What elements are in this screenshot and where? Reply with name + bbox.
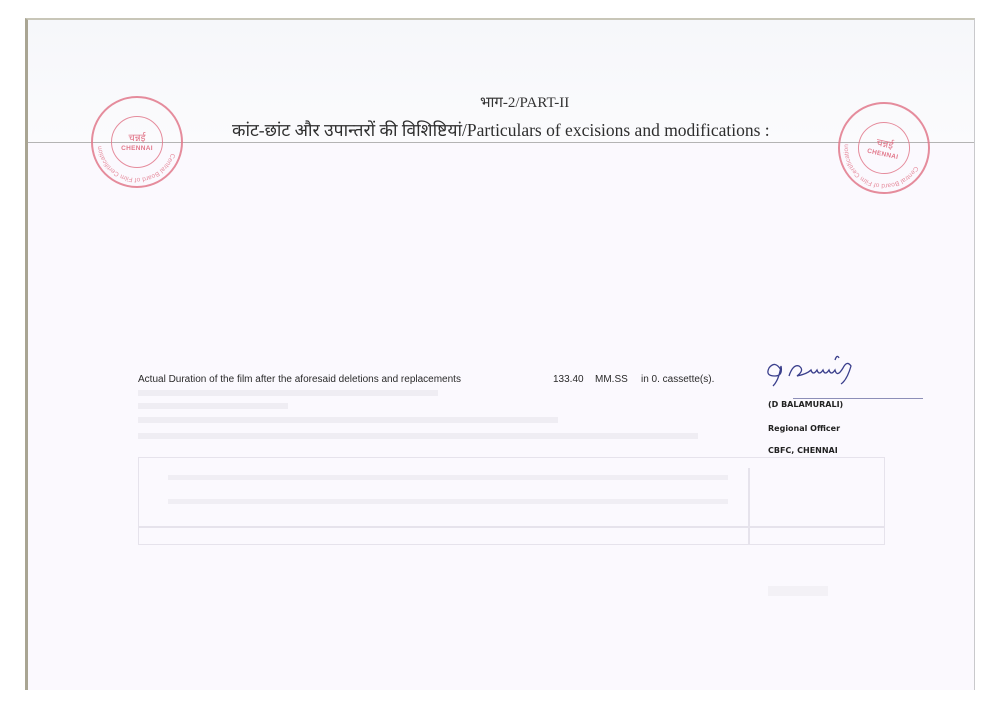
part-title: भाग-2/PART-II <box>480 92 569 112</box>
bleed-through-text <box>138 403 288 409</box>
stamp-center: चन्नई CHENNAI <box>111 116 163 168</box>
bleed-through-mark <box>768 586 828 596</box>
bleed-through-text <box>168 499 728 504</box>
signature-line <box>793 398 923 399</box>
bleed-through-divider <box>748 468 750 545</box>
signatory-designation: Regional Officer <box>768 424 840 433</box>
cbfc-stamp-left: Central Board of Film Certification चन्न… <box>91 96 183 188</box>
signatory-name: (D BALAMURALI) <box>768 400 843 409</box>
stamp-city-hindi: चन्नई <box>129 133 146 145</box>
bleed-through-text <box>168 475 728 480</box>
cassette-count: in 0. cassette(s). <box>641 374 714 385</box>
bleed-through-text <box>138 417 558 423</box>
stamp-city: CHENNAI <box>121 145 153 152</box>
signatory-office: CBFC, CHENNAI <box>768 446 838 455</box>
section-title: कांट-छांट और उपान्तरों की विशिष्टियां/Pa… <box>232 118 770 142</box>
duration-value: 133.40 <box>553 374 584 385</box>
signature-icon <box>763 352 903 398</box>
duration-unit: MM.SS <box>595 374 628 385</box>
bleed-through-text <box>138 390 438 396</box>
duration-label: Actual Duration of the film after the af… <box>138 374 461 385</box>
document-page: भाग-2/PART-II कांट-छांट और उपान्तरों की … <box>25 18 975 690</box>
bleed-through-divider <box>138 526 885 528</box>
bleed-through-text <box>138 433 698 439</box>
